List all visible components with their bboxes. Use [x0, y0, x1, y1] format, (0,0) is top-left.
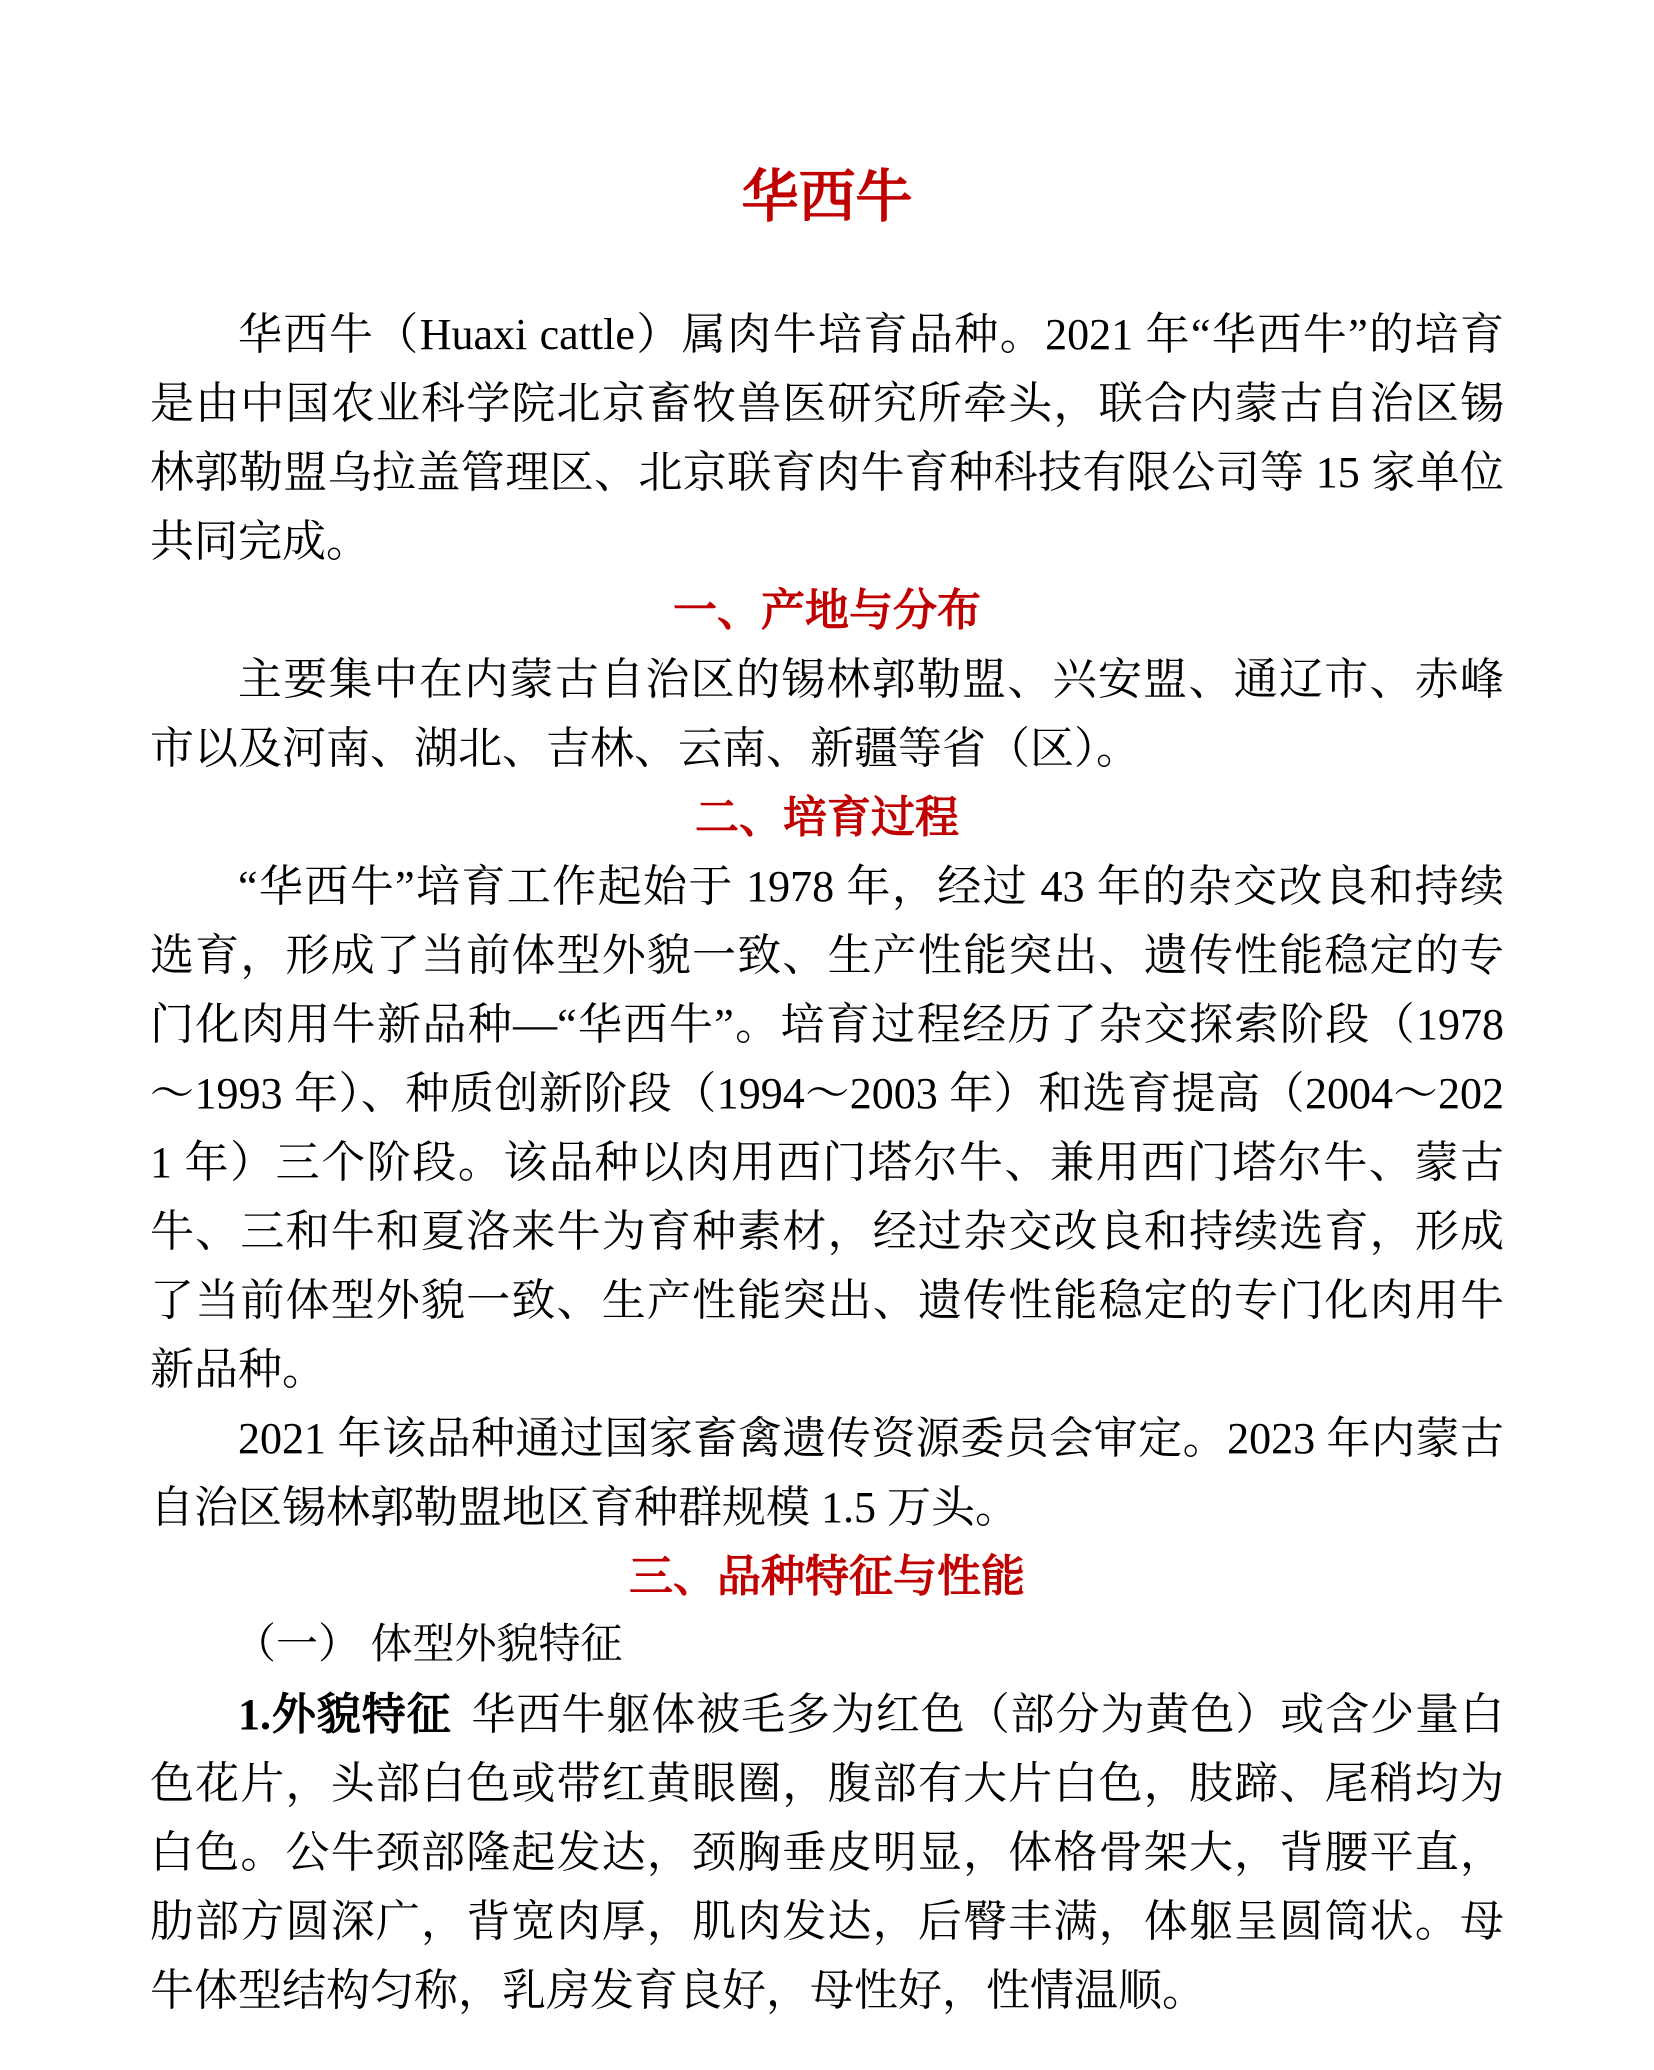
section-heading-breed-characteristics: 三、品种特征与性能 — [150, 1542, 1504, 1611]
origin-distribution-paragraph: 主要集中在内蒙古自治区的锡林郭勒盟、兴安盟、通辽市、赤峰市以及河南、湖北、吉林、… — [150, 645, 1504, 783]
breeding-process-paragraph-1: “华西牛”培育工作起始于 1978 年，经过 43 年的杂交改良和持续选育，形成… — [150, 852, 1504, 1404]
document-title: 华西牛 — [150, 158, 1504, 238]
appearance-item-label: 1.外貌特征 — [238, 1690, 452, 1739]
section-heading-origin-distribution: 一、产地与分布 — [150, 576, 1504, 645]
intro-paragraph: 华西牛（Huaxi cattle）属肉牛培育品种。2021 年“华西牛”的培育是… — [150, 300, 1504, 576]
document-page: 华西牛 华西牛（Huaxi cattle）属肉牛培育品种。2021 年“华西牛”… — [0, 0, 1654, 2070]
breeding-process-paragraph-2: 2021 年该品种通过国家畜禽遗传资源委员会审定。2023 年内蒙古自治区锡林郭… — [150, 1404, 1504, 1542]
appearance-paragraph: 1.外貌特征华西牛躯体被毛多为红色（部分为黄色）或含少量白色花片，头部白色或带红… — [150, 1680, 1504, 2025]
section-heading-breeding-process: 二、培育过程 — [150, 783, 1504, 852]
subheading-body-appearance: （一） 体型外貌特征 — [150, 1611, 1504, 1680]
